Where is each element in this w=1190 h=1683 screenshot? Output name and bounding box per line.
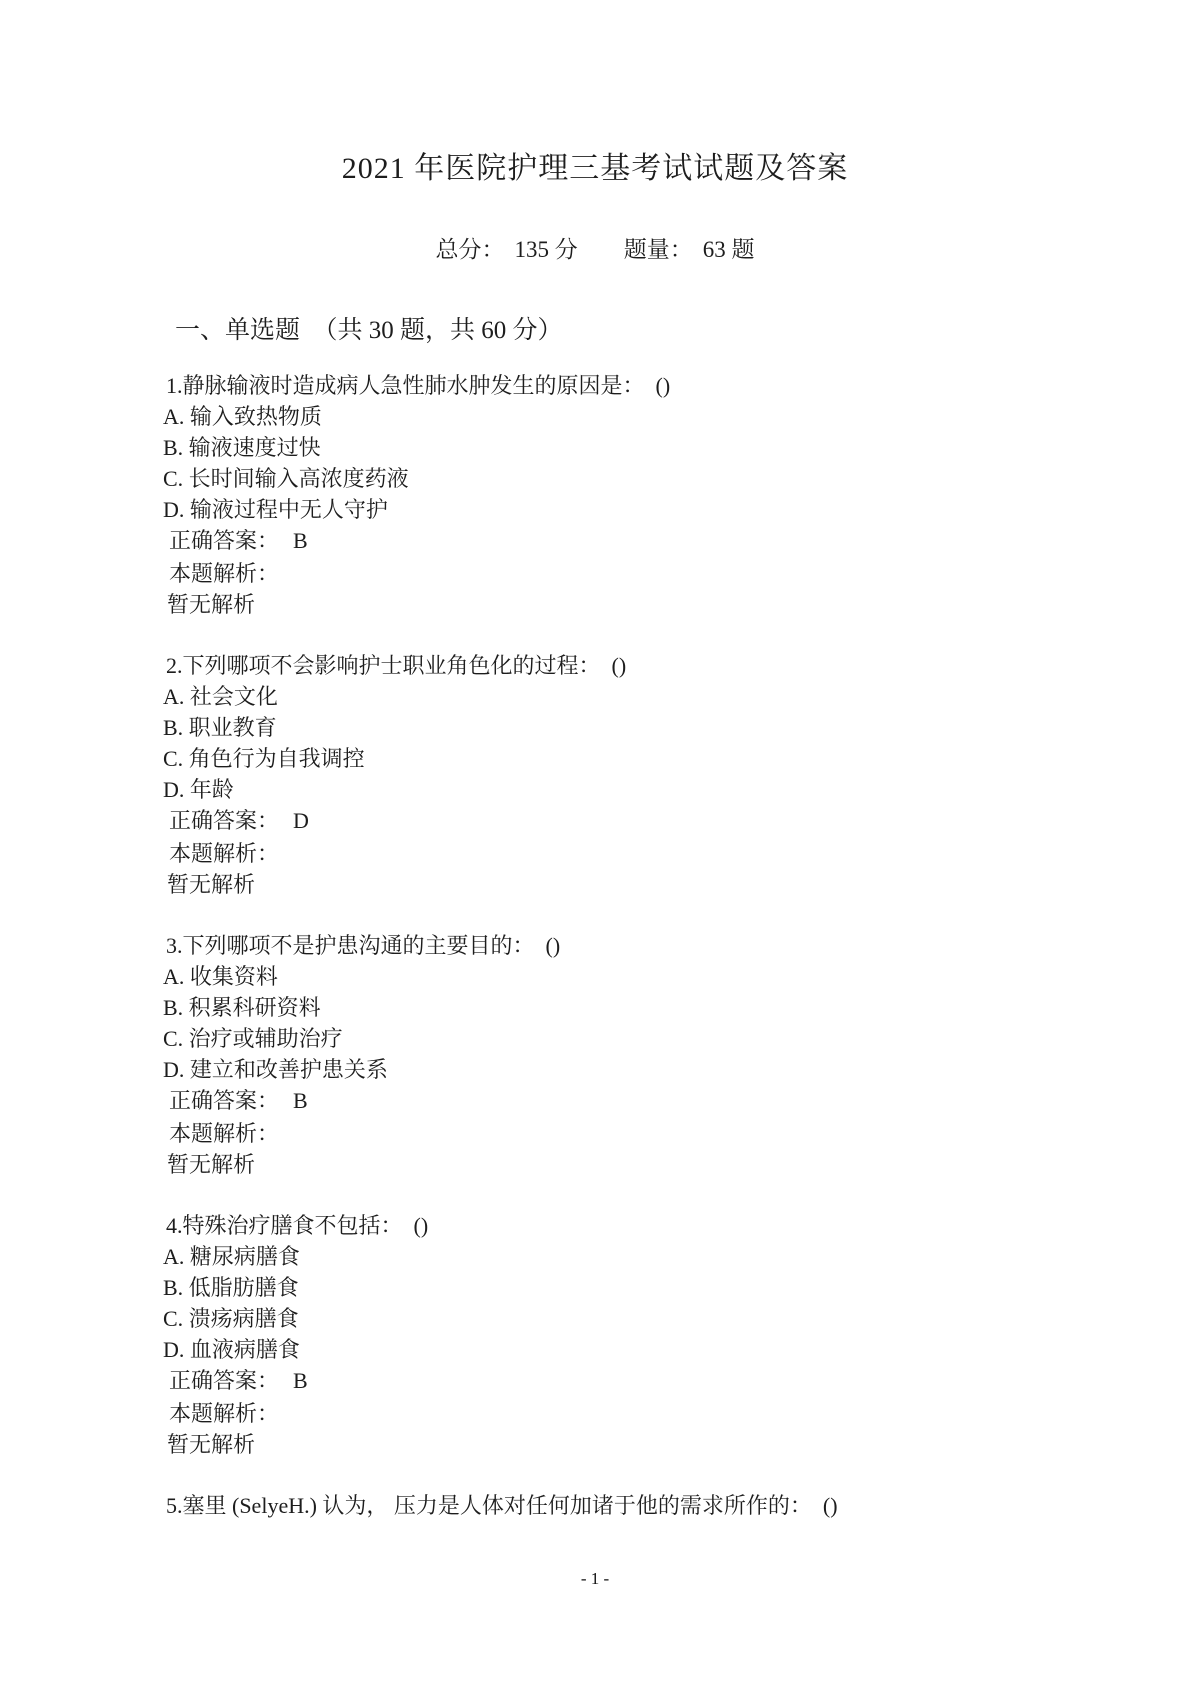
page-number: - 1 - xyxy=(0,1568,1190,1590)
question-2-answer-row: 正确答案：D xyxy=(169,805,973,836)
question-3-option-a: A. 收集资料 xyxy=(163,961,973,992)
answer-label: 正确答案： xyxy=(169,808,279,833)
question-2-option-d: D. 年龄 xyxy=(163,774,973,805)
question-2-option-a: A. 社会文化 xyxy=(163,681,973,712)
question-count-label: 题量： xyxy=(624,237,693,262)
explanation-label: 本题解析： xyxy=(169,838,973,869)
question-2-explanation-text: 暂无解析 xyxy=(167,869,973,900)
question-3-answer-value: B xyxy=(293,1088,308,1113)
question-1-answer-value: B xyxy=(293,528,308,553)
question-4-option-a: A. 糖尿病膳食 xyxy=(163,1241,973,1272)
question-3-stem: 3.下列哪项不是护患沟通的主要目的： () xyxy=(163,930,973,961)
question-4-stem: 4.特殊治疗膳食不包括： () xyxy=(163,1210,973,1241)
question-2-stem: 2.下列哪项不会影响护士职业角色化的过程： () xyxy=(163,650,973,681)
question-4-explanation-text: 暂无解析 xyxy=(167,1429,973,1460)
question-4-answer-row: 正确答案：B xyxy=(169,1365,973,1396)
question-count-value: 63 题 xyxy=(703,237,755,262)
total-score-value: 135 分 xyxy=(515,237,578,262)
answer-label: 正确答案： xyxy=(169,1368,279,1393)
question-3-option-b: B. 积累科研资料 xyxy=(163,992,973,1023)
section-heading: 一、单选题 （共 30 题，共 60 分） xyxy=(175,314,973,347)
question-3-explanation-text: 暂无解析 xyxy=(167,1149,973,1180)
question-block-2: 2.下列哪项不会影响护士职业角色化的过程： () A. 社会文化 B. 职业教育… xyxy=(163,650,973,900)
explanation-label: 本题解析： xyxy=(169,1118,973,1149)
question-block-3: 3.下列哪项不是护患沟通的主要目的： () A. 收集资料 B. 积累科研资料 … xyxy=(163,930,973,1180)
question-2-answer-value: D xyxy=(293,808,309,833)
question-1-option-a: A. 输入致热物质 xyxy=(163,401,973,432)
explanation-label: 本题解析： xyxy=(169,558,973,589)
question-1-option-b: B. 输液速度过快 xyxy=(163,432,973,463)
question-2-option-c: C. 角色行为自我调控 xyxy=(163,743,973,774)
document-body: 一、单选题 （共 30 题，共 60 分） 1.静脉输液时造成病人急性肺水肿发生… xyxy=(163,314,973,1521)
total-score: 总分：135 分 xyxy=(436,236,578,264)
question-3-option-d: D. 建立和改善护患关系 xyxy=(163,1054,973,1085)
exam-meta: 总分：135 分 题量：63 题 xyxy=(0,236,1190,264)
total-score-label: 总分： xyxy=(436,237,505,262)
question-1-option-c: C. 长时间输入高浓度药液 xyxy=(163,463,973,494)
question-2-option-b: B. 职业教育 xyxy=(163,712,973,743)
question-1-explanation-text: 暂无解析 xyxy=(167,589,973,620)
question-4-option-d: D. 血液病膳食 xyxy=(163,1334,973,1365)
question-1-answer-row: 正确答案：B xyxy=(169,525,973,556)
question-5-stem: 5.塞里 (SelyeH.) 认为， 压力是人体对任何加诸于他的需求所作的： (… xyxy=(163,1490,973,1521)
question-3-option-c: C. 治疗或辅助治疗 xyxy=(163,1023,973,1054)
question-3-answer-row: 正确答案：B xyxy=(169,1085,973,1116)
question-4-option-c: C. 溃疡病膳食 xyxy=(163,1303,973,1334)
explanation-label: 本题解析： xyxy=(169,1398,973,1429)
answer-label: 正确答案： xyxy=(169,528,279,553)
question-block-1: 1.静脉输液时造成病人急性肺水肿发生的原因是： () A. 输入致热物质 B. … xyxy=(163,370,973,620)
question-block-4: 4.特殊治疗膳食不包括： () A. 糖尿病膳食 B. 低脂肪膳食 C. 溃疡病… xyxy=(163,1210,973,1460)
question-4-option-b: B. 低脂肪膳食 xyxy=(163,1272,973,1303)
page-title: 2021 年医院护理三基考试试题及答案 xyxy=(0,0,1190,188)
question-count: 题量：63 题 xyxy=(624,236,755,264)
question-4-answer-value: B xyxy=(293,1368,308,1393)
question-1-stem: 1.静脉输液时造成病人急性肺水肿发生的原因是： () xyxy=(163,370,973,401)
question-1-option-d: D. 输液过程中无人守护 xyxy=(163,494,973,525)
answer-label: 正确答案： xyxy=(169,1088,279,1113)
exam-document-page: 2021 年医院护理三基考试试题及答案 总分：135 分 题量：63 题 一、单… xyxy=(0,0,1190,1683)
